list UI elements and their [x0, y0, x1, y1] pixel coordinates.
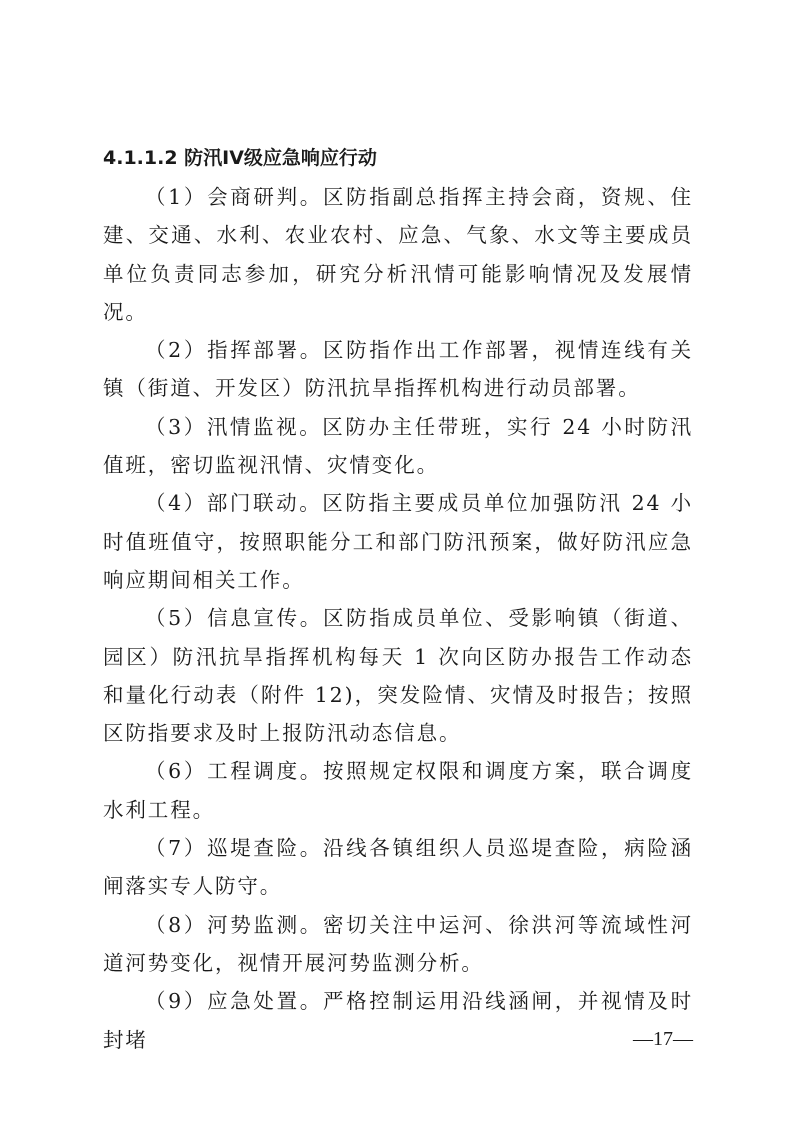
- paragraph-2: （2）指挥部署。区防指作出工作部署，视情连线有关镇（街道、开发区）防汛抗旱指挥机…: [103, 331, 693, 408]
- paragraph-5: （5）信息宣传。区防指成员单位、受影响镇（街道、园区）防汛抗旱指挥机构每天 1 …: [103, 599, 693, 752]
- paragraph-9: （9）应急处置。严格控制运用沿线涵闸，并视情及时封堵: [103, 982, 693, 1059]
- page-number: —17—: [633, 1028, 693, 1051]
- paragraph-8: （8）河势监测。密切关注中运河、徐洪河等流域性河道河势变化，视情开展河势监测分析…: [103, 906, 693, 983]
- section-heading: 4.1.1.2 防汛IV级应急响应行动: [103, 140, 693, 178]
- paragraph-3: （3）汛情监视。区防办主任带班，实行 24 小时防汛值班，密切监视汛情、灾情变化…: [103, 408, 693, 485]
- paragraph-6: （6）工程调度。按照规定权限和调度方案，联合调度水利工程。: [103, 752, 693, 829]
- document-page: 4.1.1.2 防汛IV级应急响应行动 （1）会商研判。区防指副总指挥主持会商，…: [103, 140, 693, 1059]
- paragraph-1: （1）会商研判。区防指副总指挥主持会商，资规、住建、交通、水利、农业农村、应急、…: [103, 178, 693, 331]
- paragraph-4: （4）部门联动。区防指主要成员单位加强防汛 24 小时值班值守，按照职能分工和部…: [103, 484, 693, 599]
- paragraph-7: （7）巡堤查险。沿线各镇组织人员巡堤查险，病险涵闸落实专人防守。: [103, 829, 693, 906]
